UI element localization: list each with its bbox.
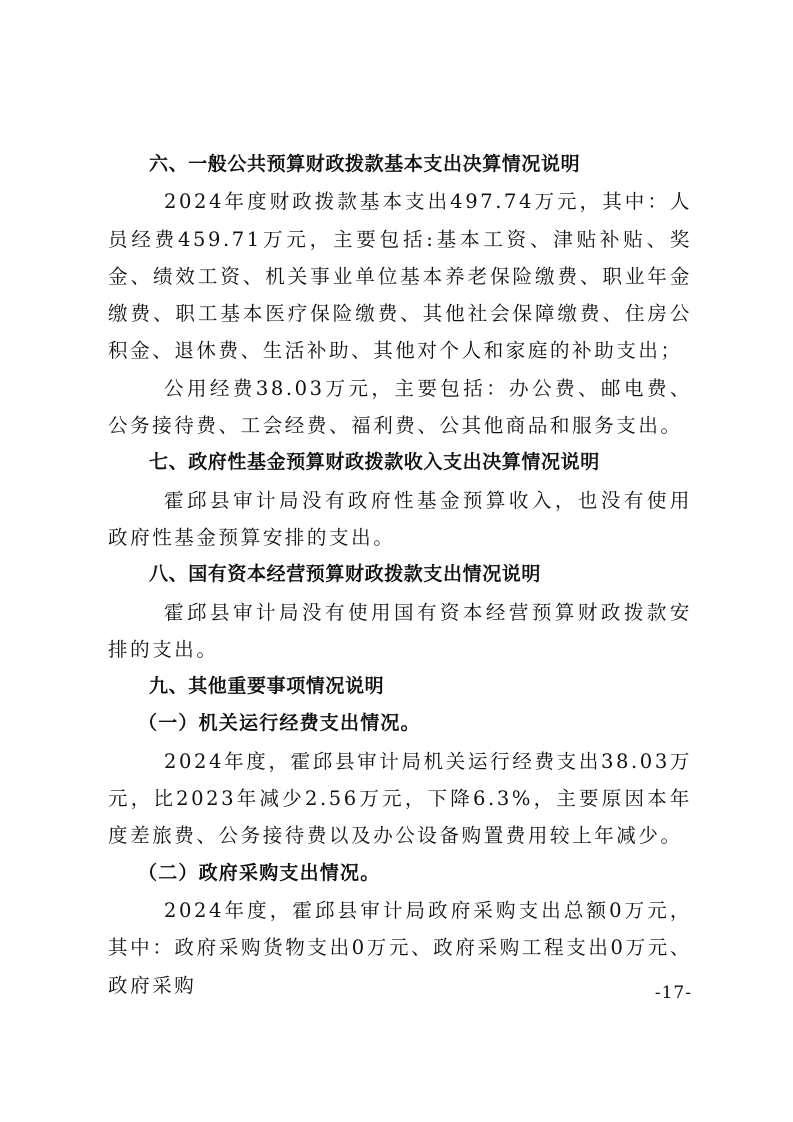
paragraph-basic-expenditure: 2024年度财政拨款基本支出497.74万元，其中：人员经费459.71万元，主… — [108, 183, 692, 369]
paragraph-government-fund: 霍邱县审计局没有政府性基金预算收入，也没有使用政府性基金预算安排的支出。 — [108, 482, 692, 557]
subsection-heading-operating-costs: （一）机关运行经费支出情况。 — [108, 705, 692, 742]
section-heading-7: 七、政府性基金预算财政拨款收入支出决算情况说明 — [108, 444, 692, 481]
paragraph-procurement: 2024年度，霍邱县审计局政府采购支出总额0万元，其中：政府采购货物支出0万元、… — [108, 892, 692, 1004]
subsection-heading-procurement: （二）政府采购支出情况。 — [108, 855, 692, 892]
paragraph-state-capital: 霍邱县审计局没有使用国有资本经营预算财政拨款安排的支出。 — [108, 594, 692, 669]
document-page: 六、一般公共预算财政拨款基本支出决算情况说明 2024年度财政拨款基本支出497… — [108, 146, 692, 1004]
section-heading-9: 九、其他重要事项情况说明 — [108, 668, 692, 705]
section-heading-6: 六、一般公共预算财政拨款基本支出决算情况说明 — [108, 146, 692, 183]
section-heading-8: 八、国有资本经营预算财政拨款支出情况说明 — [108, 556, 692, 593]
paragraph-operating-costs: 2024年度，霍邱县审计局机关运行经费支出38.03万元，比2023年减少2.5… — [108, 743, 692, 855]
paragraph-public-funds: 公用经费38.03万元，主要包括：办公费、邮电费、公务接待费、工会经费、福利费、… — [108, 370, 692, 445]
page-number: -17- — [655, 983, 692, 1003]
